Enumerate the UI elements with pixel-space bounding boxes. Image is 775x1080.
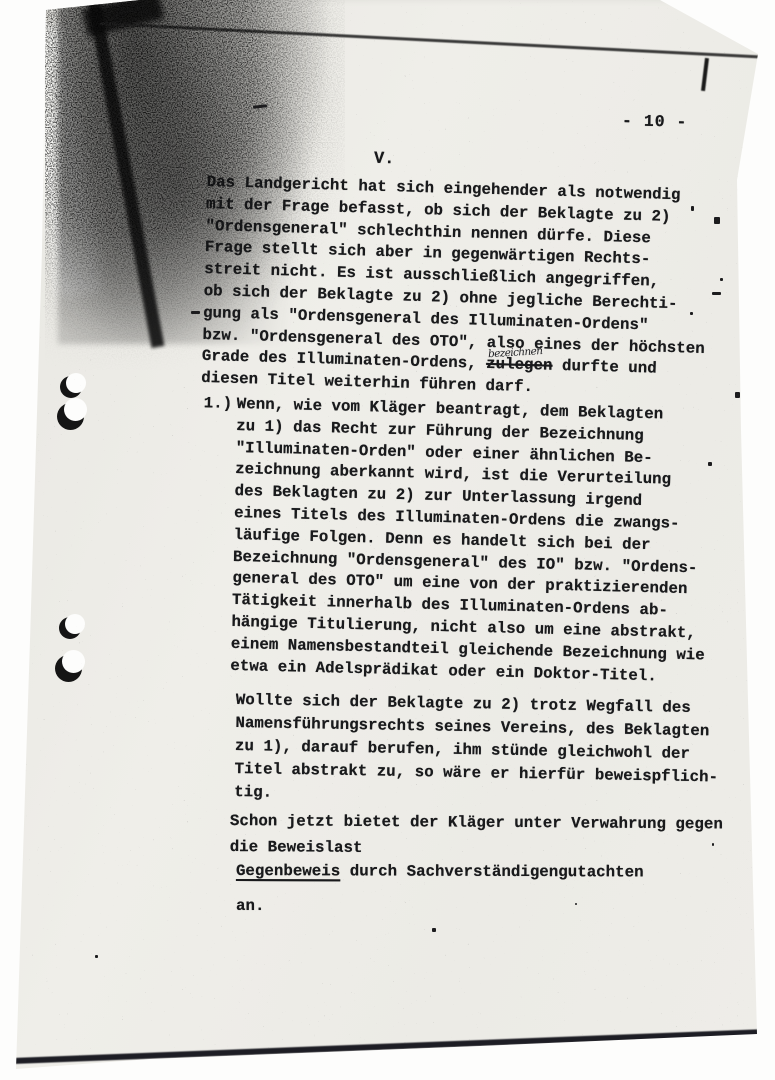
list-item-1-marker: 1.): [203, 393, 232, 415]
page-number: - 10 -: [622, 111, 688, 131]
stray-speck: [575, 903, 577, 905]
stray-speck: [95, 955, 98, 958]
punch-hole-1: [60, 373, 86, 399]
paragraph-1: Das Landgericht hat sich eingehender als…: [201, 172, 709, 404]
offer-of-proof: Gegenbeweis durch Sachverständigengutach…: [236, 862, 644, 881]
section-heading: V.: [374, 150, 395, 170]
stray-dash-left-margin: [191, 311, 200, 314]
paragraph-1-lines: Das Landgericht hat sich eingehender als…: [202, 172, 709, 360]
corrected-line-after: durfte und: [552, 357, 657, 378]
stray-ink-squiggle: [701, 58, 709, 91]
stray-speck: [735, 392, 740, 398]
offer-of-proof-rest: durch Sachverständigengutachten: [340, 862, 643, 881]
punch-hole-opening: [65, 614, 85, 634]
stray-speck: [720, 278, 723, 281]
stray-speck: [712, 843, 714, 846]
punch-hole-opening: [66, 373, 86, 393]
punch-hole-4: [55, 650, 86, 683]
stray-speck: [708, 462, 712, 466]
stray-speck: [691, 206, 694, 211]
stray-speck: [432, 928, 436, 932]
punch-hole-opening: [64, 398, 87, 421]
stray-dash-right-margin: [712, 292, 721, 295]
document-page: - 10 - V. Das Landgericht hat sich einge…: [0, 0, 775, 1080]
correction-group: bezeichnenzulegen: [486, 354, 553, 378]
stray-speck: [714, 217, 720, 224]
list-item-1-lines: Wenn, wie vom Kläger beantragt, dem Bekl…: [230, 394, 711, 689]
paragraph-3: Schon jetzt bietet der Kläger unter Verw…: [230, 809, 723, 863]
stray-speck: [690, 312, 693, 315]
list-item-1: 1.) Wenn, wie vom Kläger beantragt, dem …: [230, 394, 711, 689]
handwritten-correction: bezeichnen: [488, 341, 544, 366]
offer-of-proof-keyword: Gegenbeweis: [236, 862, 340, 880]
scanned-document: - 10 - V. Das Landgericht hat sich einge…: [0, 0, 775, 1080]
punch-hole-2: [57, 398, 88, 431]
punch-hole-3: [59, 614, 85, 640]
punch-hole-opening: [62, 650, 85, 673]
page-bottom-edge: [12, 1029, 762, 1063]
closing-word: an.: [236, 897, 264, 915]
paragraph-2: Wollte sich der Beklagte zu 2) trotz Weg…: [234, 689, 719, 812]
